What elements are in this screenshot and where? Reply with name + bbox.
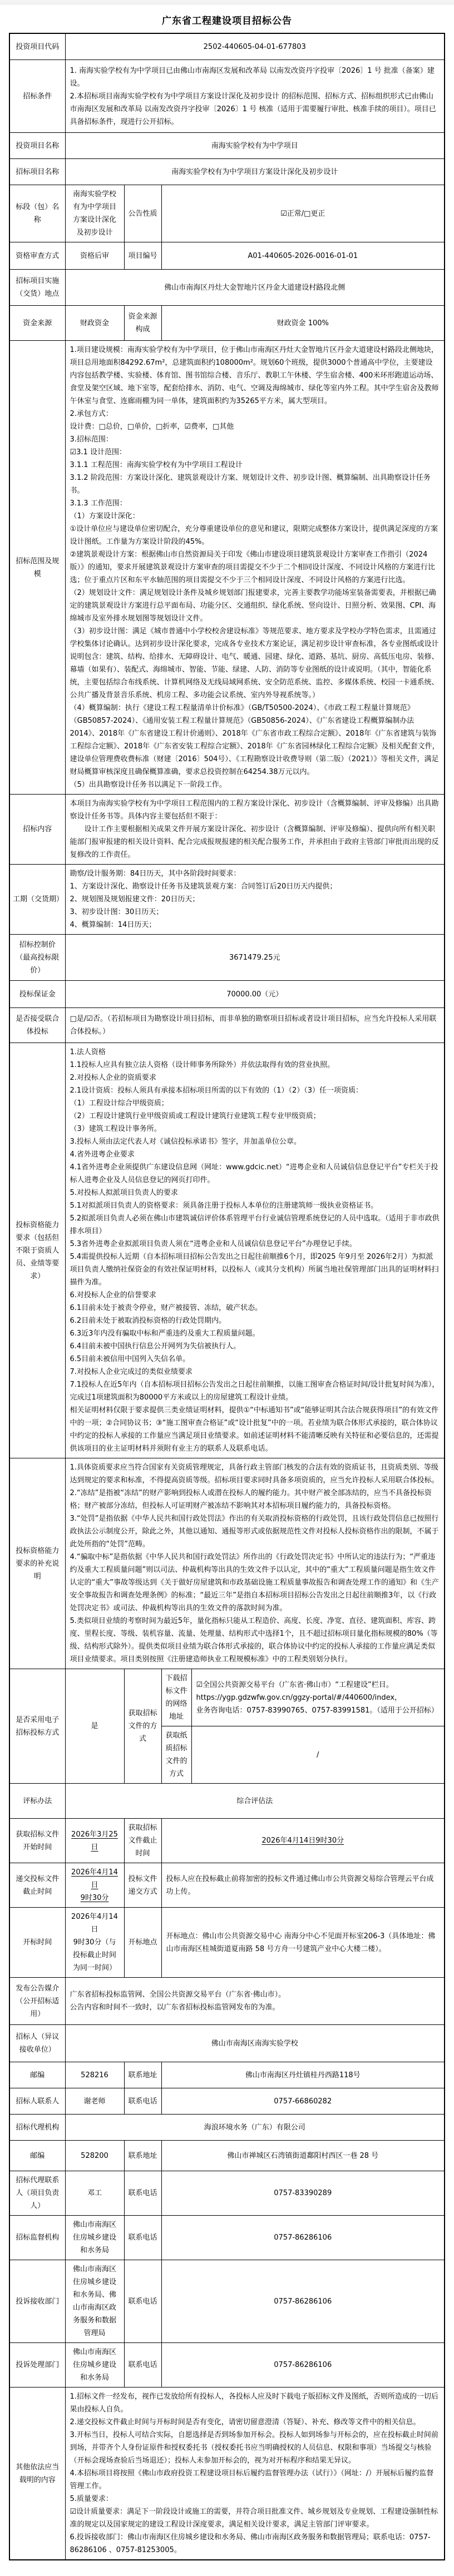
- row-label-bid-bond: 投标保证金: [9, 981, 65, 1008]
- bid-submission-method-value: 投标人应在投标截止前将加密的投标文件通过佛山市公共资源交易综合管理云平台成功上传…: [161, 1863, 445, 1908]
- table-row: 是否接受联合体投标□是/☑否。（若招标项目为勘察设计项目招标，而非单独的勘察项目…: [9, 1008, 445, 1043]
- other-required-content-value: 1.招标文件一经发布，视作已发放给所有投标人，各投标人应及时下载电子版招标文件及…: [65, 2388, 445, 2560]
- complaint-receiving-phone-value: 0757-86286106: [161, 2260, 445, 2343]
- announcement-nature-value: ☑正常/□更正: [161, 185, 445, 242]
- table-row: 是否采用电子招标投标方式是获取招标文件的方式下载招标文件的网络地址☑全国公共资源…: [9, 1669, 445, 1726]
- table-row: 发布公告媒介（公开招标适用）广东省招标投标监管网、全国公共资源交易平台（广东省·…: [9, 1978, 445, 2025]
- announcement-table-body: 投资项目代码2502-440605-04-01-677803招标条件1. 南海实…: [9, 33, 445, 2560]
- row-label-agency-postal-code: 邮编: [9, 2141, 65, 2171]
- label-bid-submission-method: 投标文件递交方式: [124, 1863, 161, 1908]
- row-label-evaluation-method: 评标办法: [9, 1784, 65, 1819]
- row-label-complaint-receiving-department: 投诉接收部门: [9, 2260, 65, 2343]
- bid-opening-time-value: 2026年4月14日 9时30分（与投标截止时间为同一时间）: [65, 1908, 124, 1978]
- row-label-section-package-name: 标段（包）名称: [9, 185, 65, 242]
- tender-scope-and-scale-value: 1.项目建设规模：南海实验学校有为中学项目，位于佛山市南海区丹灶大金智地片区丹金…: [65, 341, 445, 795]
- bid-bond-value: 70000.00（元）: [65, 981, 445, 1008]
- row-label-investment-project-code: 投资项目代码: [9, 33, 65, 60]
- table-row: 招标内容本项目为南海实验学校有为中学项目工程范围内的工程方案设计深化、初步设计（…: [9, 795, 445, 865]
- agency-contact-phone-value: 0757-83390289: [161, 2171, 445, 2216]
- table-row: 招标项目实施（交货）地点佛山市南海区丹灶大金智地片区丹金大道建设村路段北侧: [9, 270, 445, 306]
- label-agency-contact-phone: 联系电话: [124, 2171, 161, 2216]
- table-row: 投诉处理部门佛山市南海区住房城乡建设和水务局联系电话0757-86286106: [9, 2343, 445, 2388]
- tender-content-value: 本项目为南海实验学校有为中学项目工程范围内的工程方案设计深化、初步设计（含概算编…: [65, 795, 445, 865]
- label-contact-address: 联系地址: [124, 2062, 161, 2088]
- label-agency-contact-address: 联系地址: [124, 2141, 161, 2171]
- tender-agency-value: 海浪环境水务（广东）有限公司: [65, 2115, 445, 2141]
- table-row: 投资项目代码2502-440605-04-01-677803: [9, 33, 445, 60]
- investment-project-code-value: 2502-440605-04-01-677803: [65, 33, 445, 60]
- table-row: 招标代理联系人（项目负责人）邓工联系电话0757-83390289: [9, 2171, 445, 2216]
- section-package-name-value: 南海实验学校有为中学项目方案设计深化及初步设计: [65, 185, 124, 242]
- row-label-other-required-content: 其他依法应当载明的内容: [9, 2388, 65, 2560]
- table-row: 获取招标文件开始时间2026年3月25日获取招标文件截止时间2026年4月14日…: [9, 1819, 445, 1863]
- row-label-bid-opening-time: 开标时间: [9, 1908, 65, 1978]
- table-row: 开标时间2026年4月14日 9时30分（与投标截止时间为同一时间）开标地点开标…: [9, 1908, 445, 1978]
- table-row: 其他依法应当载明的内容1.招标文件一经发布，视作已发放给所有投标人，各投标人应及…: [9, 2388, 445, 2560]
- row-label-supervision-authority: 招标监督机构: [9, 2216, 65, 2260]
- complaint-handling-phone-value: 0757-86286106: [161, 2343, 445, 2388]
- row-label-construction-period: 工期（交货期）: [9, 865, 65, 935]
- row-label-qualification-supplementary-notes: 投标资格能力要求的补充说明: [9, 1458, 65, 1669]
- page-top-strip: [0, 0, 454, 4]
- table-row: 投标保证金70000.00（元）: [9, 981, 445, 1008]
- paper-documents-method-value: /: [191, 1726, 445, 1784]
- row-label-consortium-bidding: 是否接受联合体投标: [9, 1008, 65, 1043]
- funding-source-value: 财政资金: [65, 306, 124, 341]
- table-row: 投资项目名称南海实验学校有为中学项目: [9, 133, 445, 159]
- postal-code-value: 528216: [65, 2062, 124, 2088]
- complaint-handling-department-value: 佛山市南海区住房城乡建设和水务局: [65, 2343, 124, 2388]
- document-obtain-start-time-value: 2026年3月25日: [65, 1819, 124, 1863]
- row-label-postal-code: 邮编: [9, 2062, 65, 2088]
- table-row: 资格审查方式资格后审项目编号A01-440605-2026-0016-01-01: [9, 242, 445, 270]
- table-row: 标段（包）名称南海实验学校有为中学项目方案设计深化及初步设计公告性质☑正常/□更…: [9, 185, 445, 242]
- table-row: 投标资格能力要求的补充说明1.具体资质要求应当符合国家有关资质管理规定，具备行政…: [9, 1458, 445, 1669]
- tender-conditions-value: 1. 南海实验学校有为中学项目已由佛山市南海区发展和改革局 以南发改资丹字投审〔…: [65, 60, 445, 133]
- table-row: 招标人（异议接收单位）佛山市南海区南海实验学校: [9, 2025, 445, 2062]
- tenderer-value: 佛山市南海区南海实验学校: [65, 2025, 445, 2062]
- table-row: 工期（交货期）勘察/设计服务期：84日历天，其中各阶段时间要求： 1、方案设计深…: [9, 865, 445, 935]
- agency-postal-code-value: 528200: [65, 2141, 124, 2171]
- row-label-tenderer-contact: 招标人联系人: [9, 2088, 65, 2115]
- table-row: 邮编528200联系地址佛山市禅城区石湾镇街道鄱阳村西区一巷 28 号: [9, 2141, 445, 2171]
- consortium-bidding-value: □是/☑否。（若招标项目为勘察设计项目招标，而非单独的勘察项目招标或者设计项目招…: [65, 1008, 445, 1043]
- row-label-bid-submission-deadline: 递交投标文件截止时间: [9, 1863, 65, 1908]
- complaint-receiving-department-value: 佛山市南海区住房城乡建设和水务局、佛山市南海区政务服务和数据管理局: [65, 2260, 124, 2343]
- evaluation-method-value: 综合评估法: [65, 1784, 445, 1819]
- electronic-bidding-value: 是: [65, 1669, 124, 1784]
- supervision-authority-value: 佛山市南海区住房城乡建设和水务局: [65, 2216, 124, 2260]
- qualification-supplementary-notes-value: 1.具体资质要求应当符合国家有关资质管理规定，具备行政主管部门核发的合法有效的资…: [65, 1458, 445, 1669]
- label-download-documents-url: 下载招标文件的网络地址: [161, 1669, 191, 1726]
- row-label-tender-project-name: 招标项目名称: [9, 159, 65, 185]
- label-bid-opening-location: 开标地点: [124, 1908, 161, 1978]
- announcement-table: 投资项目代码2502-440605-04-01-677803招标条件1. 南海实…: [9, 33, 445, 2560]
- row-label-announcement-media: 发布公告媒介（公开招标适用）: [9, 1978, 65, 2025]
- supervision-phone-value: 0757-86286106: [161, 2216, 445, 2260]
- row-label-tender-content: 招标内容: [9, 795, 65, 865]
- bid-opening-location-value: 开标地点：佛山市公共资源交易中心 南海分中心不见面开标室206-3（具体地址：佛…: [161, 1908, 445, 1978]
- qualification-review-method-value: 资格后审: [65, 242, 124, 270]
- table-row: 招标代理机构海浪环境水务（广东）有限公司: [9, 2115, 445, 2141]
- label-project-number: 项目编号: [124, 242, 161, 270]
- table-row: 资金来源财政资金资金来源构成财政资金 100%: [9, 306, 445, 341]
- table-row: 招标范围及规模1.项目建设规模：南海实验学校有为中学项目，位于佛山市南海区丹灶大…: [9, 341, 445, 795]
- row-label-tender-agency: 招标代理机构: [9, 2115, 65, 2141]
- row-label-tender-scope-and-scale: 招标范围及规模: [9, 341, 65, 795]
- implementation-location-value: 佛山市南海区丹灶大金智地片区丹金大道建设村路段北侧: [65, 270, 445, 306]
- row-label-electronic-bidding: 是否采用电子招标投标方式: [9, 1669, 65, 1784]
- table-row: 投标资格能力要求（包括但不限于资质人员、业绩等要求）1.法人资格 1.1投标人应…: [9, 1043, 445, 1458]
- construction-period-value: 勘察/设计服务期：84日历天，其中各阶段时间要求： 1、方案设计深化、勘察设计任…: [65, 865, 445, 935]
- table-row: 招标监督机构佛山市南海区住房城乡建设和水务局联系电话0757-86286106: [9, 2216, 445, 2260]
- label-complaint-handling-phone: 联系电话: [124, 2343, 161, 2388]
- row-label-tender-conditions: 招标条件: [9, 60, 65, 133]
- label-obtain-documents-method: 获取招标文件的方式: [124, 1669, 161, 1784]
- announcement-page: 广东省工程建设项目招标公告 投资项目代码2502-440605-04-01-67…: [0, 0, 454, 2560]
- row-label-implementation-location: 招标项目实施（交货）地点: [9, 270, 65, 306]
- label-paper-documents-method: 获取纸质招标文件的方式: [161, 1726, 191, 1784]
- label-funding-composition: 资金来源构成: [124, 306, 161, 341]
- row-label-tenderer: 招标人（异议接收单位）: [9, 2025, 65, 2062]
- table-row: 招标条件1. 南海实验学校有为中学项目已由佛山市南海区发展和改革局 以南发改资丹…: [9, 60, 445, 133]
- announcement-media-value: 广东省招标投标监管网、全国公共资源交易平台（广东省·佛山市）。 公告内容和时间不…: [65, 1978, 445, 2025]
- table-row: 招标项目名称南海实验学校有为中学项目方案设计深化及初步设计: [9, 159, 445, 185]
- tender-control-price-value: 3671479.25元: [65, 935, 445, 981]
- bidder-qualification-requirements-value: 1.法人资格 1.1投标人应具有独立法人资格（设计师事务所除外）并依法取得有效的…: [65, 1043, 445, 1458]
- label-announcement-nature: 公告性质: [124, 185, 161, 242]
- table-row: 评标办法综合评估法: [9, 1784, 445, 1819]
- tenderer-contact-phone-value: 0757-66860282: [161, 2088, 445, 2115]
- contact-address-value: 佛山市南海区丹灶镇桂丹西路118号: [161, 2062, 445, 2088]
- project-number-value: A01-440605-2026-0016-01-01: [161, 242, 445, 270]
- table-row: 递交投标文件截止时间2026年4月14日 9时30分投标文件递交方式投标人应在投…: [9, 1863, 445, 1908]
- label-document-obtain-deadline: 获取招标文件截止时间: [124, 1819, 161, 1863]
- row-label-agency-contact: 招标代理联系人（项目负责人）: [9, 2171, 65, 2216]
- table-row: 招标控制价（最高投标限价）3671479.25元: [9, 935, 445, 981]
- download-documents-url-value: ☑全国公共资源交易平台（广东省·佛山市）“工程建设”栏目。 https://yg…: [191, 1669, 445, 1726]
- tender-project-name-value: 南海实验学校有为中学项目方案设计深化及初步设计: [65, 159, 445, 185]
- document-obtain-deadline-value: 2026年4月14日9时30分: [161, 1819, 445, 1863]
- label-tenderer-contact-phone: 联系电话: [124, 2088, 161, 2115]
- agency-contact-value: 邓工: [65, 2171, 124, 2216]
- label-complaint-receiving-phone: 联系电话: [124, 2260, 161, 2343]
- bid-submission-deadline-value: 2026年4月14日 9时30分: [65, 1863, 124, 1908]
- page-title: 广东省工程建设项目招标公告: [0, 13, 454, 27]
- row-label-document-obtain-start-time: 获取招标文件开始时间: [9, 1819, 65, 1863]
- row-label-complaint-handling-department: 投诉处理部门: [9, 2343, 65, 2388]
- label-supervision-phone: 联系电话: [124, 2216, 161, 2260]
- row-label-bidder-qualification-requirements: 投标资格能力要求（包括但不限于资质人员、业绩等要求）: [9, 1043, 65, 1458]
- table-row: 邮编528216联系地址佛山市南海区丹灶镇桂丹西路118号: [9, 2062, 445, 2088]
- tenderer-contact-value: 谢老师: [65, 2088, 124, 2115]
- investment-project-name-value: 南海实验学校有为中学项目: [65, 133, 445, 159]
- row-label-investment-project-name: 投资项目名称: [9, 133, 65, 159]
- table-row: 招标人联系人谢老师联系电话0757-66860282: [9, 2088, 445, 2115]
- funding-composition-value: 财政资金 100%: [161, 306, 445, 341]
- agency-contact-address-value: 佛山市禅城区石湾镇街道鄱阳村西区一巷 28 号: [161, 2141, 445, 2171]
- row-label-funding-source: 资金来源: [9, 306, 65, 341]
- row-label-qualification-review-method: 资格审查方式: [9, 242, 65, 270]
- row-label-tender-control-price: 招标控制价（最高投标限价）: [9, 935, 65, 981]
- table-row: 投诉接收部门佛山市南海区住房城乡建设和水务局、佛山市南海区政务服务和数据管理局联…: [9, 2260, 445, 2343]
